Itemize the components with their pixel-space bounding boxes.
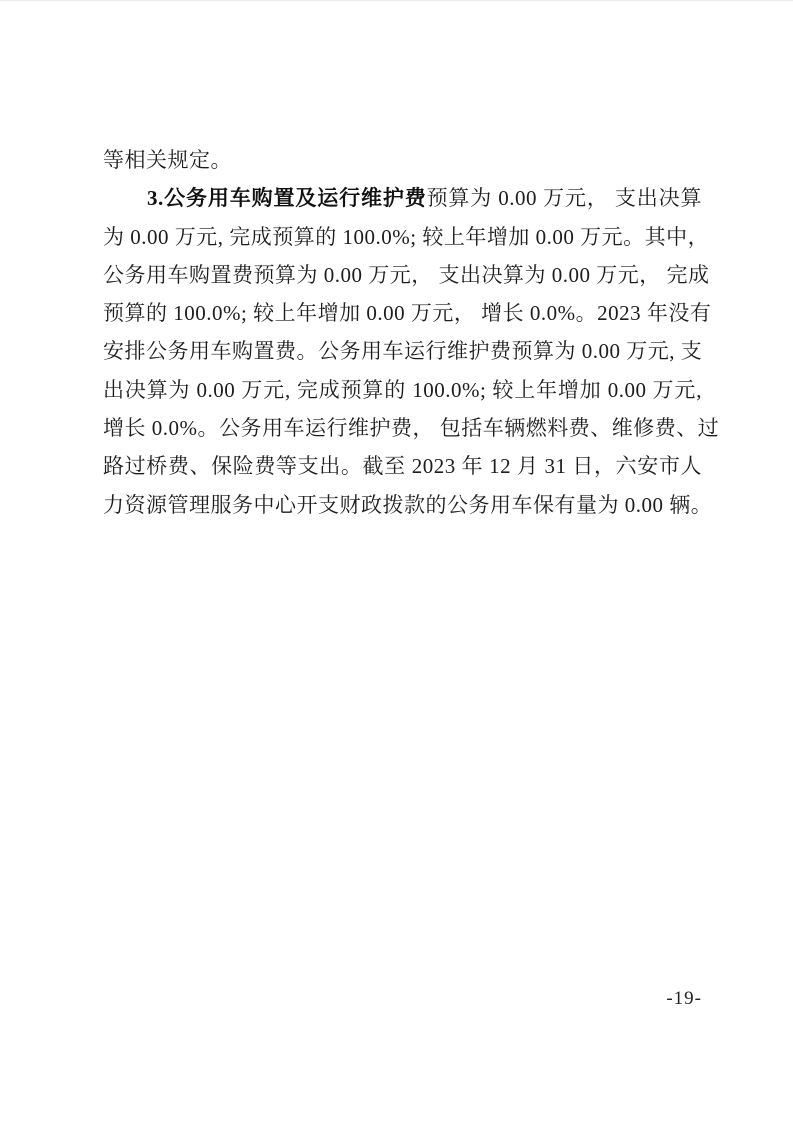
page-number: -19- xyxy=(103,987,702,1011)
text-line: 力资源管理服务中心开支财政拨款的公务用车保有量为 0.00 辆。 xyxy=(103,486,702,524)
text-line: 路过桥费、保险费等支出。截至 2023 年 12 月 31 日，六安市人 xyxy=(103,447,702,485)
text-line: 安排公务用车购置费。公务用车运行维护费预算为 0.00 万元, 支 xyxy=(103,332,702,370)
scan-edge-artifact xyxy=(0,0,793,2)
text-line: 为 0.00 万元, 完成预算的 100.0%; 较上年增加 0.00 万元。其… xyxy=(103,218,702,256)
text-line: 公务用车购置费预算为 0.00 万元， 支出决算为 0.00 万元， 完成 xyxy=(103,256,702,294)
section-3-heading-bold: 3.公务用车购置及运行维护费 xyxy=(147,186,427,210)
body-text: 等相关规定。 3.公务用车购置及运行维护费预算为 0.00 万元， 支出决算 为… xyxy=(103,141,702,524)
paragraph-continuation-line: 等相关规定。 xyxy=(103,141,702,179)
document-page: 等相关规定。 3.公务用车购置及运行维护费预算为 0.00 万元， 支出决算 为… xyxy=(0,0,793,1122)
section-3-heading-rest: 预算为 0.00 万元， 支出决算 xyxy=(427,186,702,210)
text-line: 预算的 100.0%; 较上年增加 0.00 万元， 增长 0.0%。2023 … xyxy=(103,294,702,332)
section-3-heading-line: 3.公务用车购置及运行维护费预算为 0.00 万元， 支出决算 xyxy=(103,179,702,217)
text-line: 增长 0.0%。公务用车运行维护费， 包括车辆燃料费、维修费、过 xyxy=(103,409,702,447)
text-line: 出决算为 0.00 万元, 完成预算的 100.0%; 较上年增加 0.00 万… xyxy=(103,371,702,409)
